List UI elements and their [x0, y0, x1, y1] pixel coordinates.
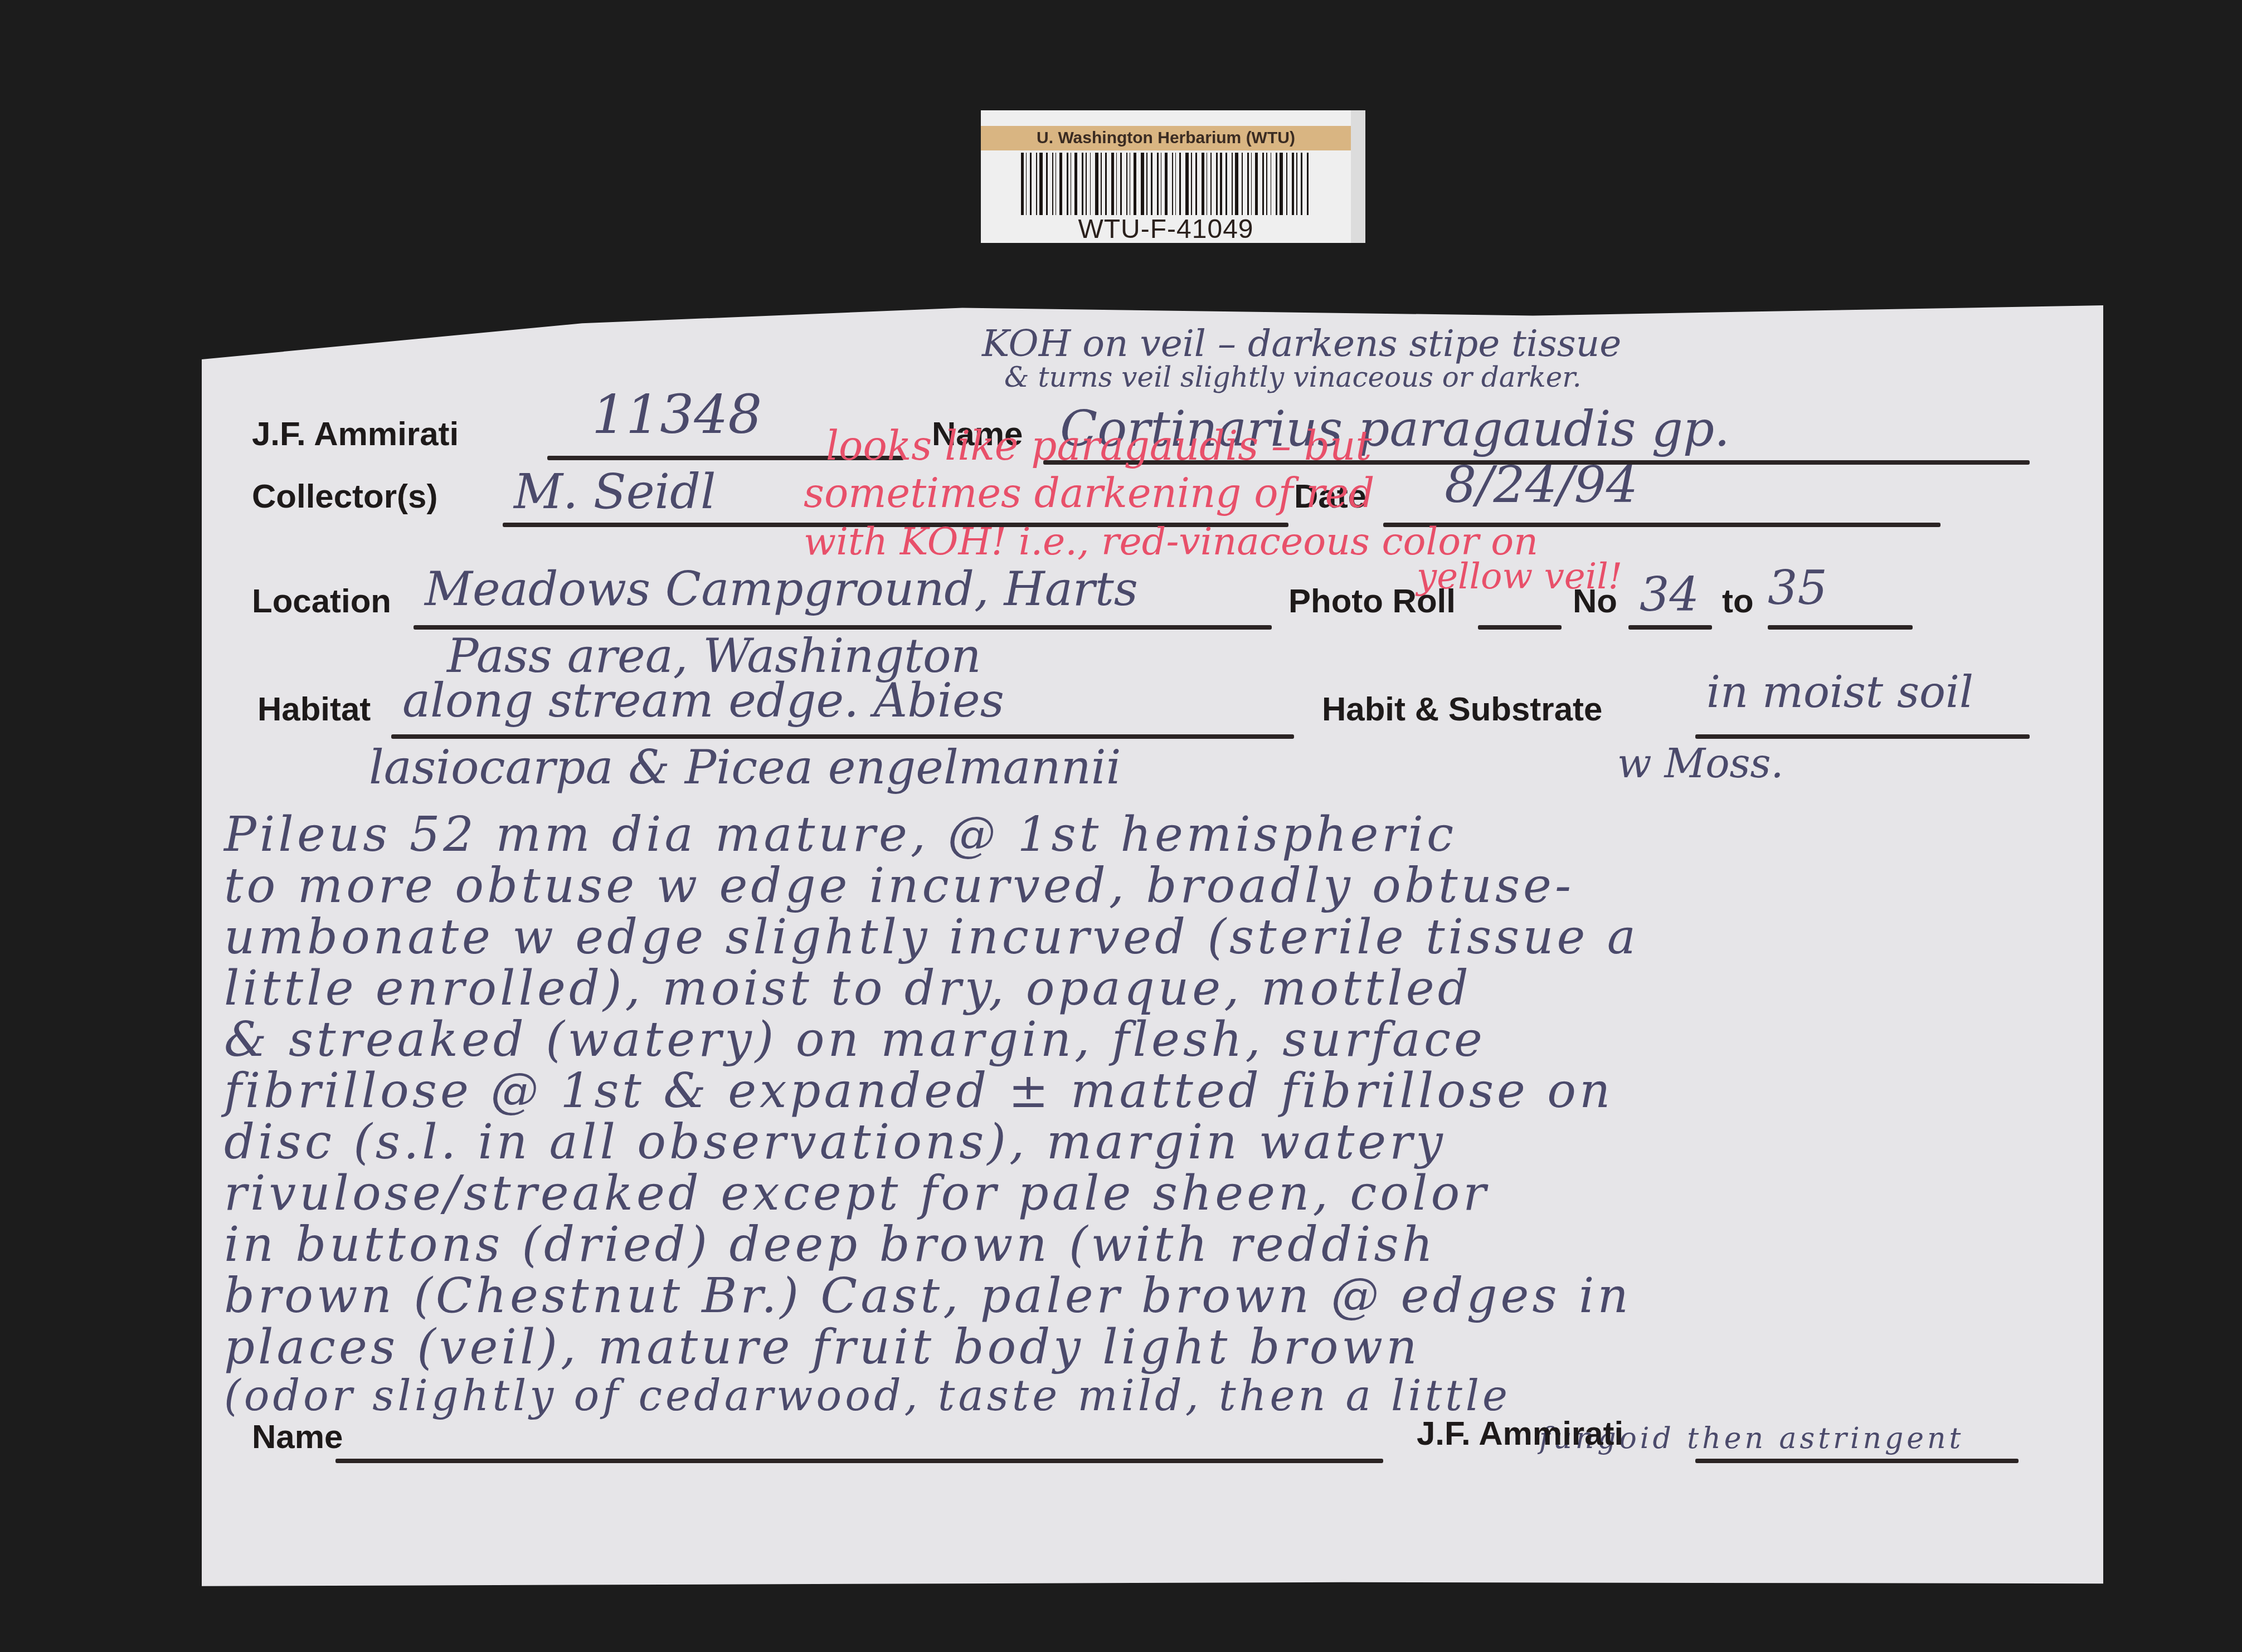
red-note-line1: looks like paragaudis – but	[826, 422, 1372, 469]
habit-substrate-line1: in moist soil	[1706, 667, 1973, 718]
description-line: & streaked (watery) on margin, flesh, su…	[224, 1012, 1486, 1068]
label-photo-roll: Photo Roll	[1288, 582, 1456, 620]
institution-name: U. Washington Herbarium (WTU)	[981, 126, 1351, 150]
label-habitat: Habitat	[257, 690, 371, 728]
photo-no-from: 34	[1640, 567, 1699, 622]
description-line: umbonate w edge slightly incurved (steri…	[224, 909, 1639, 965]
footer-collector-line	[1695, 1459, 2019, 1463]
label-footer-collector: J.F. Ammirati	[1417, 1414, 1623, 1453]
barcode	[1021, 153, 1311, 215]
habit-substrate-line2: w Moss.	[1617, 740, 1783, 787]
description-line: to more obtuse w edge incurved, broadly …	[224, 858, 1574, 914]
label-collector-series: J.F. Ammirati	[252, 415, 459, 453]
description-line: fibrillose @ 1st & expanded ± matted fib…	[224, 1063, 1614, 1119]
collector-value: M. Seidl	[514, 464, 716, 520]
photo-no-to: 35	[1768, 561, 1827, 615]
description-line: in buttons (dried) deep brown (with redd…	[224, 1217, 1436, 1273]
habitat-line1: along stream edge. Abies	[402, 673, 1004, 728]
label-no: No	[1573, 582, 1617, 620]
koh-note-line1: KOH on veil – darkens stipe tissue	[982, 322, 1621, 365]
photo-roll-line	[1478, 625, 1562, 630]
description-line: Pileus 52 mm dia mature, @ 1st hemispher…	[224, 807, 1457, 862]
description-line: rivulose/streaked except for pale sheen,…	[224, 1166, 1489, 1221]
photo-to-line	[1768, 625, 1913, 630]
collection-number: 11348	[592, 383, 762, 446]
habit-substrate-line	[1695, 734, 2030, 739]
footer-name-line	[335, 1459, 1383, 1463]
koh-note-line2: & turns veil slightly vinaceous or darke…	[1004, 361, 1582, 393]
label-to: to	[1722, 582, 1754, 620]
date-value: 8/24/94	[1445, 456, 1638, 514]
location-line1: Meadows Campground, Harts	[425, 562, 1138, 616]
catalog-number: WTU-F-41049	[981, 214, 1351, 245]
label-collectors: Collector(s)	[252, 477, 437, 515]
specimen-index-card: KOH on veil – darkens stipe tissue & tur…	[202, 305, 2103, 1591]
herbarium-barcode-label: U. Washington Herbarium (WTU) WTU-F-4104…	[981, 110, 1365, 243]
description-line: (odor slightly of cedarwood, taste mild,…	[224, 1371, 1511, 1420]
label-footer-name: Name	[252, 1417, 343, 1456]
label-habit-substrate: Habit & Substrate	[1322, 690, 1602, 728]
description-line: disc (s.l. in all observations), margin …	[224, 1114, 1446, 1170]
habitat-line	[391, 734, 1294, 739]
red-note-line2: sometimes darkening of red	[804, 470, 1374, 516]
description-line: little enrolled), moist to dry, opaque, …	[224, 961, 1472, 1016]
description-line: brown (Chestnut Br.) Cast, paler brown @…	[224, 1268, 1632, 1324]
description-line: places (veil), mature fruit body light b…	[224, 1319, 1421, 1375]
habitat-line2: lasiocarpa & Picea engelmannii	[369, 740, 1121, 795]
label-location: Location	[252, 582, 391, 620]
photo-no-line	[1628, 625, 1712, 630]
